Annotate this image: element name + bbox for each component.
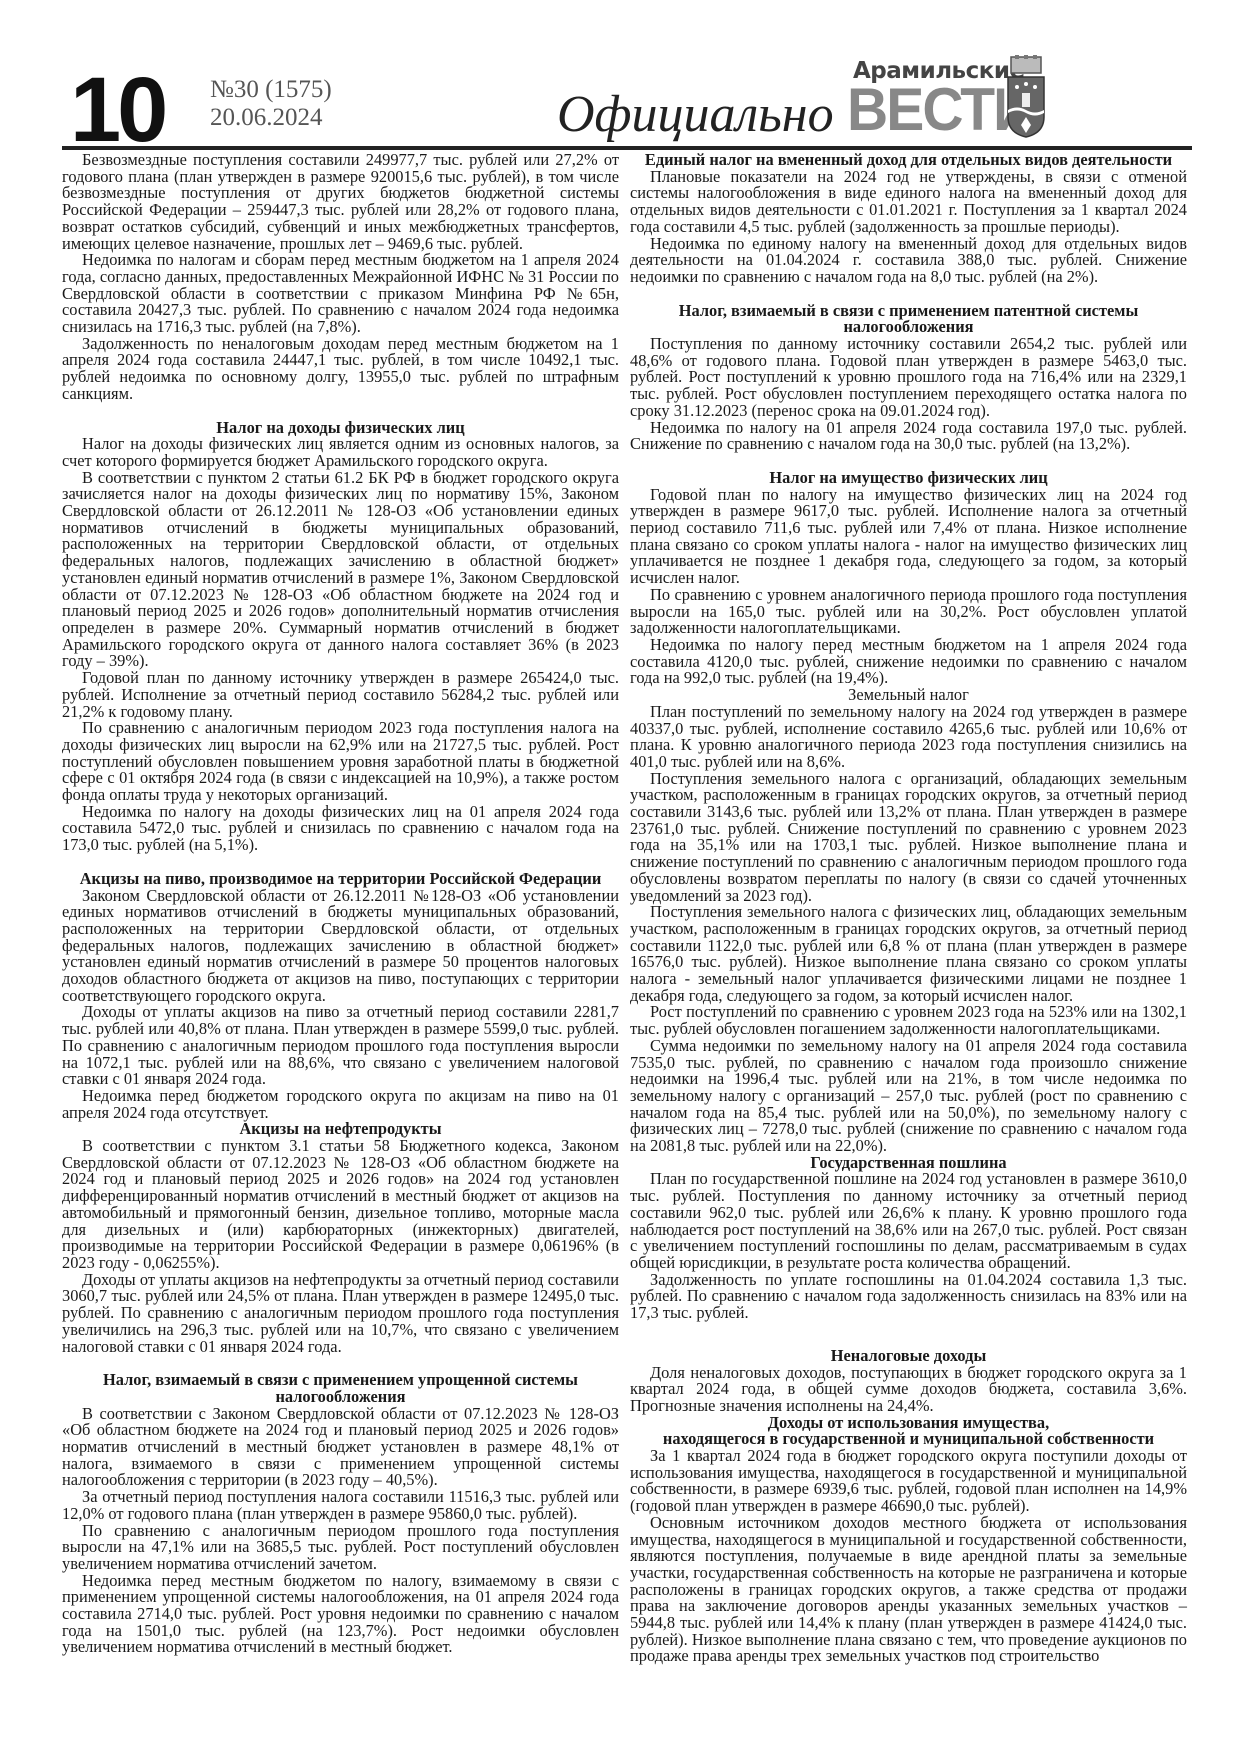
issue-info: №30 (1575) 20.06.2024 (210, 76, 332, 132)
page-number: 10 (70, 70, 164, 150)
paragraph: В соответствии с пунктом 2 статьи 61.2 Б… (62, 470, 619, 670)
paragraph: Законом Свердловской области от 26.12.20… (62, 888, 619, 1005)
paragraph: Основным источником доходов местного бюд… (630, 1515, 1187, 1665)
paragraph: План поступлений по земельному налогу на… (630, 704, 1187, 771)
page-header: 10 №30 (1575) 20.06.2024 Официально Арам… (62, 30, 1182, 145)
coat-of-arms-icon (1005, 55, 1047, 139)
paragraph: Безвозмездные поступления составили 2499… (62, 152, 619, 252)
paragraph: Недоимка по налогу на 01 апреля 2024 год… (630, 420, 1187, 453)
left-column: Безвозмездные поступления составили 2499… (62, 152, 619, 1656)
section-heading: Налог, взимаемый в связи с применением у… (62, 1372, 619, 1405)
issue-date: 20.06.2024 (210, 104, 332, 132)
paragraph: За 1 квартал 2024 года в бюджет городско… (630, 1448, 1187, 1515)
issue-number: №30 (1575) (210, 76, 332, 104)
paragraph: По сравнению с уровнем аналогичного пери… (630, 587, 1187, 637)
paragraph: Доля неналоговых доходов, поступающих в … (630, 1365, 1187, 1415)
paragraph: Годовой план по налогу на имущество физи… (630, 487, 1187, 587)
paragraph: Поступления земельного налога с организа… (630, 771, 1187, 905)
paragraph: В соответствии с Законом Свердловской об… (62, 1406, 619, 1490)
section-title: Официально (557, 85, 834, 145)
section-heading: Налог, взимаемый в связи с применением п… (630, 303, 1187, 336)
paragraph: Рост поступлений по сравнению с уровнем … (630, 1004, 1187, 1037)
paragraph: Задолженность по уплате госпошлины на 01… (630, 1272, 1187, 1322)
paragraph: Налог на доходы физических лиц является … (62, 436, 619, 469)
paragraph: В соответствии с пунктом 3.1 статьи 58 Б… (62, 1138, 619, 1272)
paragraph: Доходы от уплаты акцизов на пиво за отче… (62, 1004, 619, 1088)
paragraph: Плановые показатели на 2024 год не утвер… (630, 169, 1187, 236)
paragraph: Недоимка по единому налогу на вмененный … (630, 236, 1187, 286)
paragraph: Сумма недоимки по земельному налогу на 0… (630, 1038, 1187, 1155)
paragraph: Доходы от уплаты акцизов на нефтепродукт… (62, 1272, 619, 1356)
paragraph: Задолженность по неналоговым доходам пер… (62, 336, 619, 403)
paragraph: Недоимка перед местным бюджетом по налог… (62, 1573, 619, 1657)
paragraph: За отчетный период поступления налога со… (62, 1489, 619, 1522)
paragraph: Недоимка по налогу на доходы физических … (62, 804, 619, 854)
paragraph: По сравнению с аналогичным периодом прош… (62, 1523, 619, 1573)
paragraph: По сравнению с аналогичным периодом 2023… (62, 720, 619, 804)
section-heading: Неналоговые доходы (630, 1348, 1187, 1365)
paragraph: Поступления земельного налога с физическ… (630, 904, 1187, 1004)
paragraph: Недоимка по налогам и сборам перед местн… (62, 252, 619, 336)
right-column: Единый налог на вмененный доход для отде… (630, 152, 1187, 1665)
paragraph: План по государственной пошлине на 2024 … (630, 1171, 1187, 1271)
paragraph: Недоимка по налогу перед местным бюджето… (630, 637, 1187, 687)
paragraph: Поступления по данному источнику состави… (630, 336, 1187, 420)
paragraph: Недоимка перед бюджетом городского округ… (62, 1088, 619, 1121)
paragraph: Годовой план по данному источнику утверж… (62, 670, 619, 720)
